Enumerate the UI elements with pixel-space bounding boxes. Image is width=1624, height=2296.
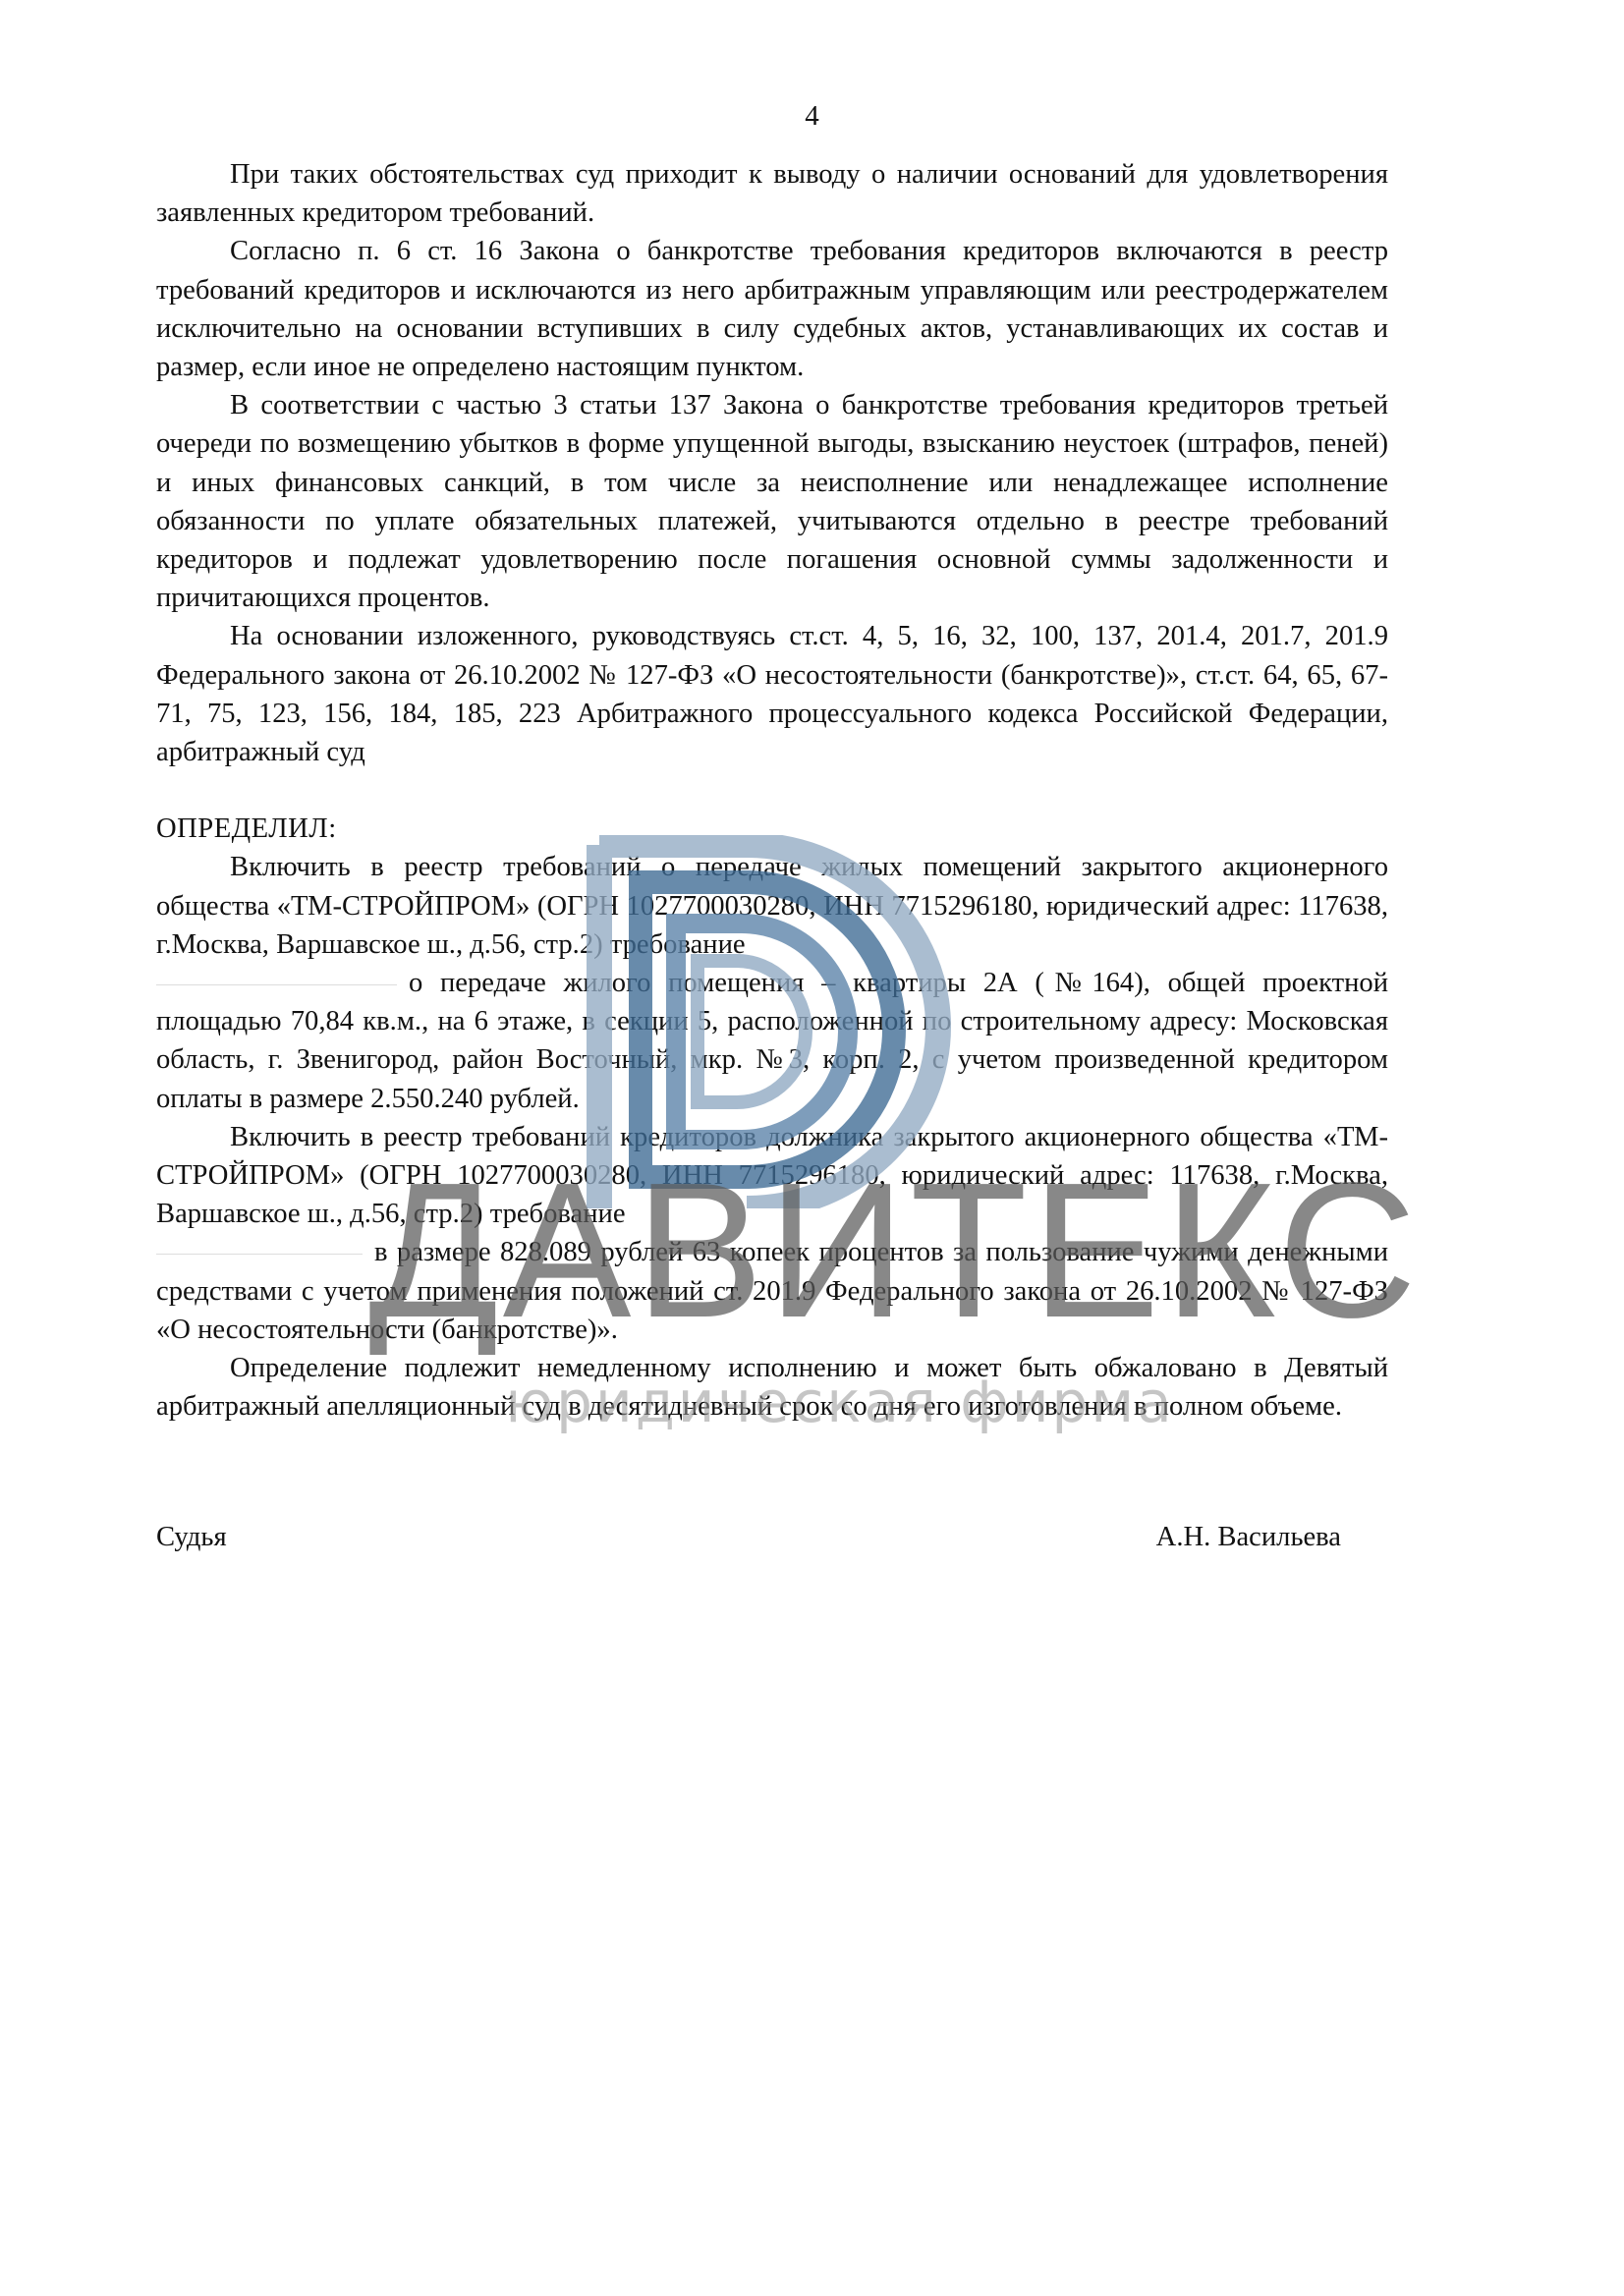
redacted-creditor-name (156, 1253, 363, 1255)
signature-role: Судья (156, 1518, 227, 1556)
ruling-heading: ОПРЕДЕЛИЛ: (156, 810, 1388, 848)
ruling-item-housing-claim-details: о передаче жилого помещения – квартиры 2… (156, 964, 1388, 1118)
signature-name: А.Н. Васильева (1156, 1518, 1341, 1556)
ruling-item-monetary-claim-details: в размере 828.089 рублей 63 копеек проце… (156, 1233, 1388, 1349)
ruling-item-monetary-claim: Включить в реестр требований кредиторов … (156, 1118, 1388, 1234)
paragraph-legal-basis: На основании изложенного, руководствуясь… (156, 617, 1388, 771)
paragraph-conclusion: При таких обстоятельствах суд приходит к… (156, 155, 1388, 232)
paragraph-registry-rule: Согласно п. 6 ст. 16 Закона о банкротств… (156, 232, 1388, 386)
ruling-item-housing-claim: Включить в реестр требований о передаче … (156, 848, 1388, 964)
appeal-notice: Определение подлежит немедленному исполн… (156, 1349, 1388, 1426)
redacted-creditor-name (156, 983, 397, 985)
document-body: При таких обстоятельствах суд приходит к… (156, 155, 1388, 1427)
signature-block: Судья А.Н. Васильева (156, 1518, 1388, 1556)
page-number: 4 (0, 98, 1624, 134)
housing-claim-text: о передаче жилого помещения – квартиры 2… (156, 968, 1388, 1114)
paragraph-article-137: В соответствии с частью 3 статьи 137 Зак… (156, 386, 1388, 617)
document-page: 4 При таких обстоятельствах суд приходит… (0, 0, 1624, 2296)
